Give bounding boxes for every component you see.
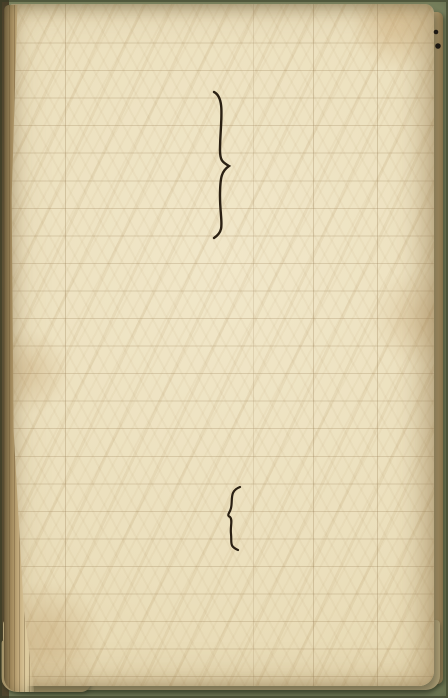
ink-blot bbox=[434, 30, 439, 35]
ink-marks bbox=[0, 0, 448, 698]
ledger-photo bbox=[0, 0, 448, 698]
grouping-brace bbox=[214, 92, 229, 238]
handwriting-layer bbox=[0, 0, 448, 698]
ink-blot bbox=[435, 43, 441, 49]
grouping-brace bbox=[228, 487, 240, 550]
